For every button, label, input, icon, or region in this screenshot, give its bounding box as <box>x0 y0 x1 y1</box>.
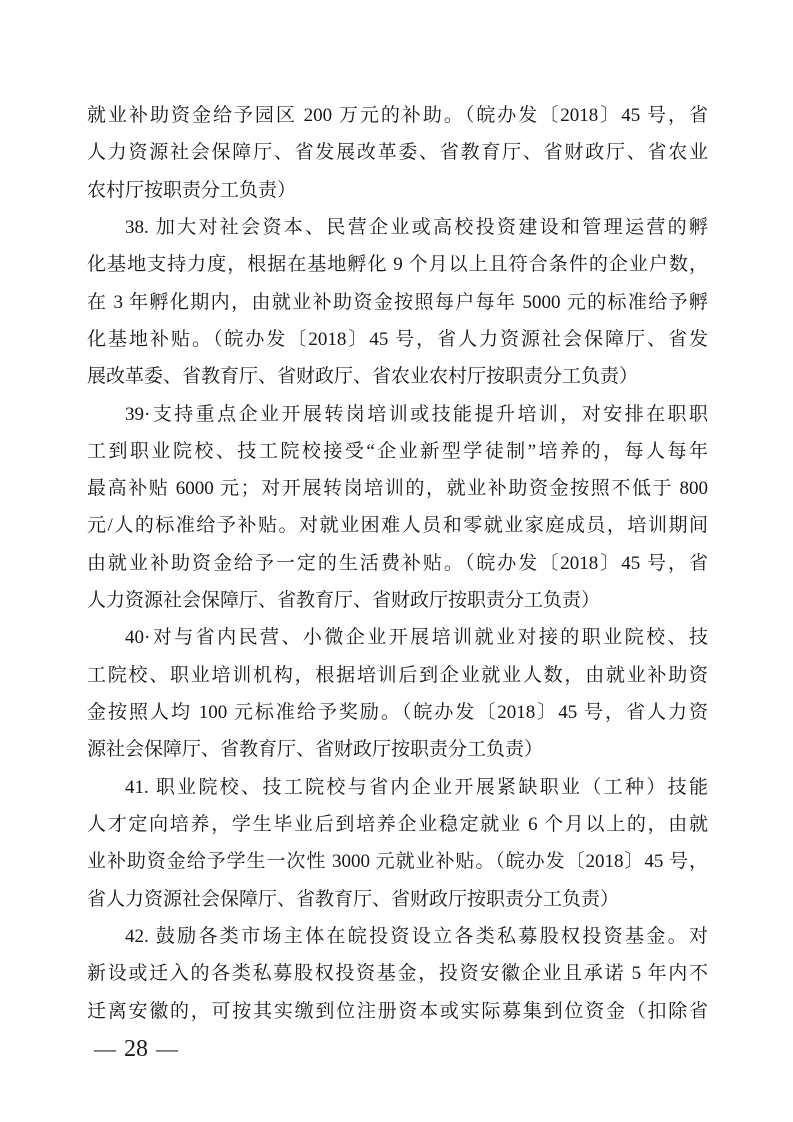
text-line: 化基地支持力度，根据在基地孵化 9 个月以上且符合条件的企业户数， <box>87 246 708 283</box>
document-page: 就业补助资金给予园区 200 万元的补助。（皖办发〔2018〕45 号，省 人力… <box>0 0 793 1122</box>
text-line: 就业补助资金给予园区 200 万元的补助。（皖办发〔2018〕45 号，省 <box>87 97 708 134</box>
text-line: 金按照人均 100 元标准给予奖励。（皖办发〔2018〕45 号，省人力资 <box>87 694 708 731</box>
text-line: 39·支持重点企业开展转岗培训或技能提升培训，对安排在职职 <box>87 396 708 433</box>
paragraph-continuation: 就业补助资金给予园区 200 万元的补助。（皖办发〔2018〕45 号，省 人力… <box>87 97 708 209</box>
footer-dash-right: — <box>156 1036 178 1062</box>
text-line: 业补助资金给予学生一次性 3000 元就业补贴。（皖办发〔2018〕45 号， <box>87 843 708 880</box>
text-line: 38. 加大对社会资本、民营企业或高校投资建设和管理运营的孵 <box>87 209 708 246</box>
text-line: 展改革委、省教育厅、省财政厅、省农业农村厅按职责分工负责） <box>87 358 708 395</box>
text-line: 40·对与省内民营、小微企业开展培训就业对接的职业院校、技 <box>87 619 708 656</box>
footer-dash-left: — <box>94 1036 116 1062</box>
paragraph-41: 41. 职业院校、技工院校与省内企业开展紧缺职业（工种）技能 人才定向培养，学生… <box>87 769 708 918</box>
text-line: 化基地补贴。（皖办发〔2018〕45 号，省人力资源社会保障厅、省发 <box>87 321 708 358</box>
paragraph-38: 38. 加大对社会资本、民营企业或高校投资建设和管理运营的孵 化基地支持力度，根… <box>87 209 708 396</box>
paragraph-42: 42. 鼓励各类市场主体在皖投资设立各类私募股权投资基金。对 新设或迁入的各类私… <box>87 918 708 1030</box>
paragraph-39: 39·支持重点企业开展转岗培训或技能提升培训，对安排在职职 工到职业院校、技工院… <box>87 396 708 620</box>
text-line: 新设或迁入的各类私募股权投资基金，投资安徽企业且承诺 5 年内不 <box>87 955 708 992</box>
text-line: 源社会保障厅、省教育厅、省财政厅按职责分工负责） <box>87 731 708 768</box>
document-body: 就业补助资金给予园区 200 万元的补助。（皖办发〔2018〕45 号，省 人力… <box>87 97 708 1030</box>
text-line: 人力资源社会保障厅、省教育厅、省财政厅按职责分工负责） <box>87 582 708 619</box>
text-line: 迁离安徽的，可按其实缴到位注册资本或实际募集到位资金（扣除省 <box>87 993 708 1030</box>
text-line: 元/人的标准给予补贴。对就业困难人员和零就业家庭成员，培训期间 <box>87 507 708 544</box>
page-number: 28 <box>124 1036 148 1063</box>
text-line: 工院校、职业培训机构，根据培训后到企业就业人数，由就业补助资 <box>87 657 708 694</box>
text-line: 最高补贴 6000 元；对开展转岗培训的，就业补助资金按照不低于 800 <box>87 470 708 507</box>
text-line: 工到职业院校、技工院校接受“企业新型学徒制”培养的，每人每年 <box>87 433 708 470</box>
text-line: 人力资源社会保障厅、省发展改革委、省教育厅、省财政厅、省农业 <box>87 134 708 171</box>
text-line: 41. 职业院校、技工院校与省内企业开展紧缺职业（工种）技能 <box>87 769 708 806</box>
text-line: 农村厅按职责分工负责） <box>87 172 708 209</box>
text-line: 42. 鼓励各类市场主体在皖投资设立各类私募股权投资基金。对 <box>87 918 708 955</box>
text-line: 在 3 年孵化期内，由就业补助资金按照每户每年 5000 元的标准给予孵 <box>87 284 708 321</box>
paragraph-40: 40·对与省内民营、小微企业开展培训就业对接的职业院校、技 工院校、职业培训机构… <box>87 619 708 768</box>
text-line: 人才定向培养，学生毕业后到培养企业稳定就业 6 个月以上的，由就 <box>87 806 708 843</box>
page-footer: — 28 — <box>94 1034 178 1064</box>
text-line: 省人力资源社会保障厅、省教育厅、省财政厅按职责分工负责） <box>87 881 708 918</box>
text-line: 由就业补助资金给予一定的生活费补贴。（皖办发〔2018〕45 号，省 <box>87 545 708 582</box>
